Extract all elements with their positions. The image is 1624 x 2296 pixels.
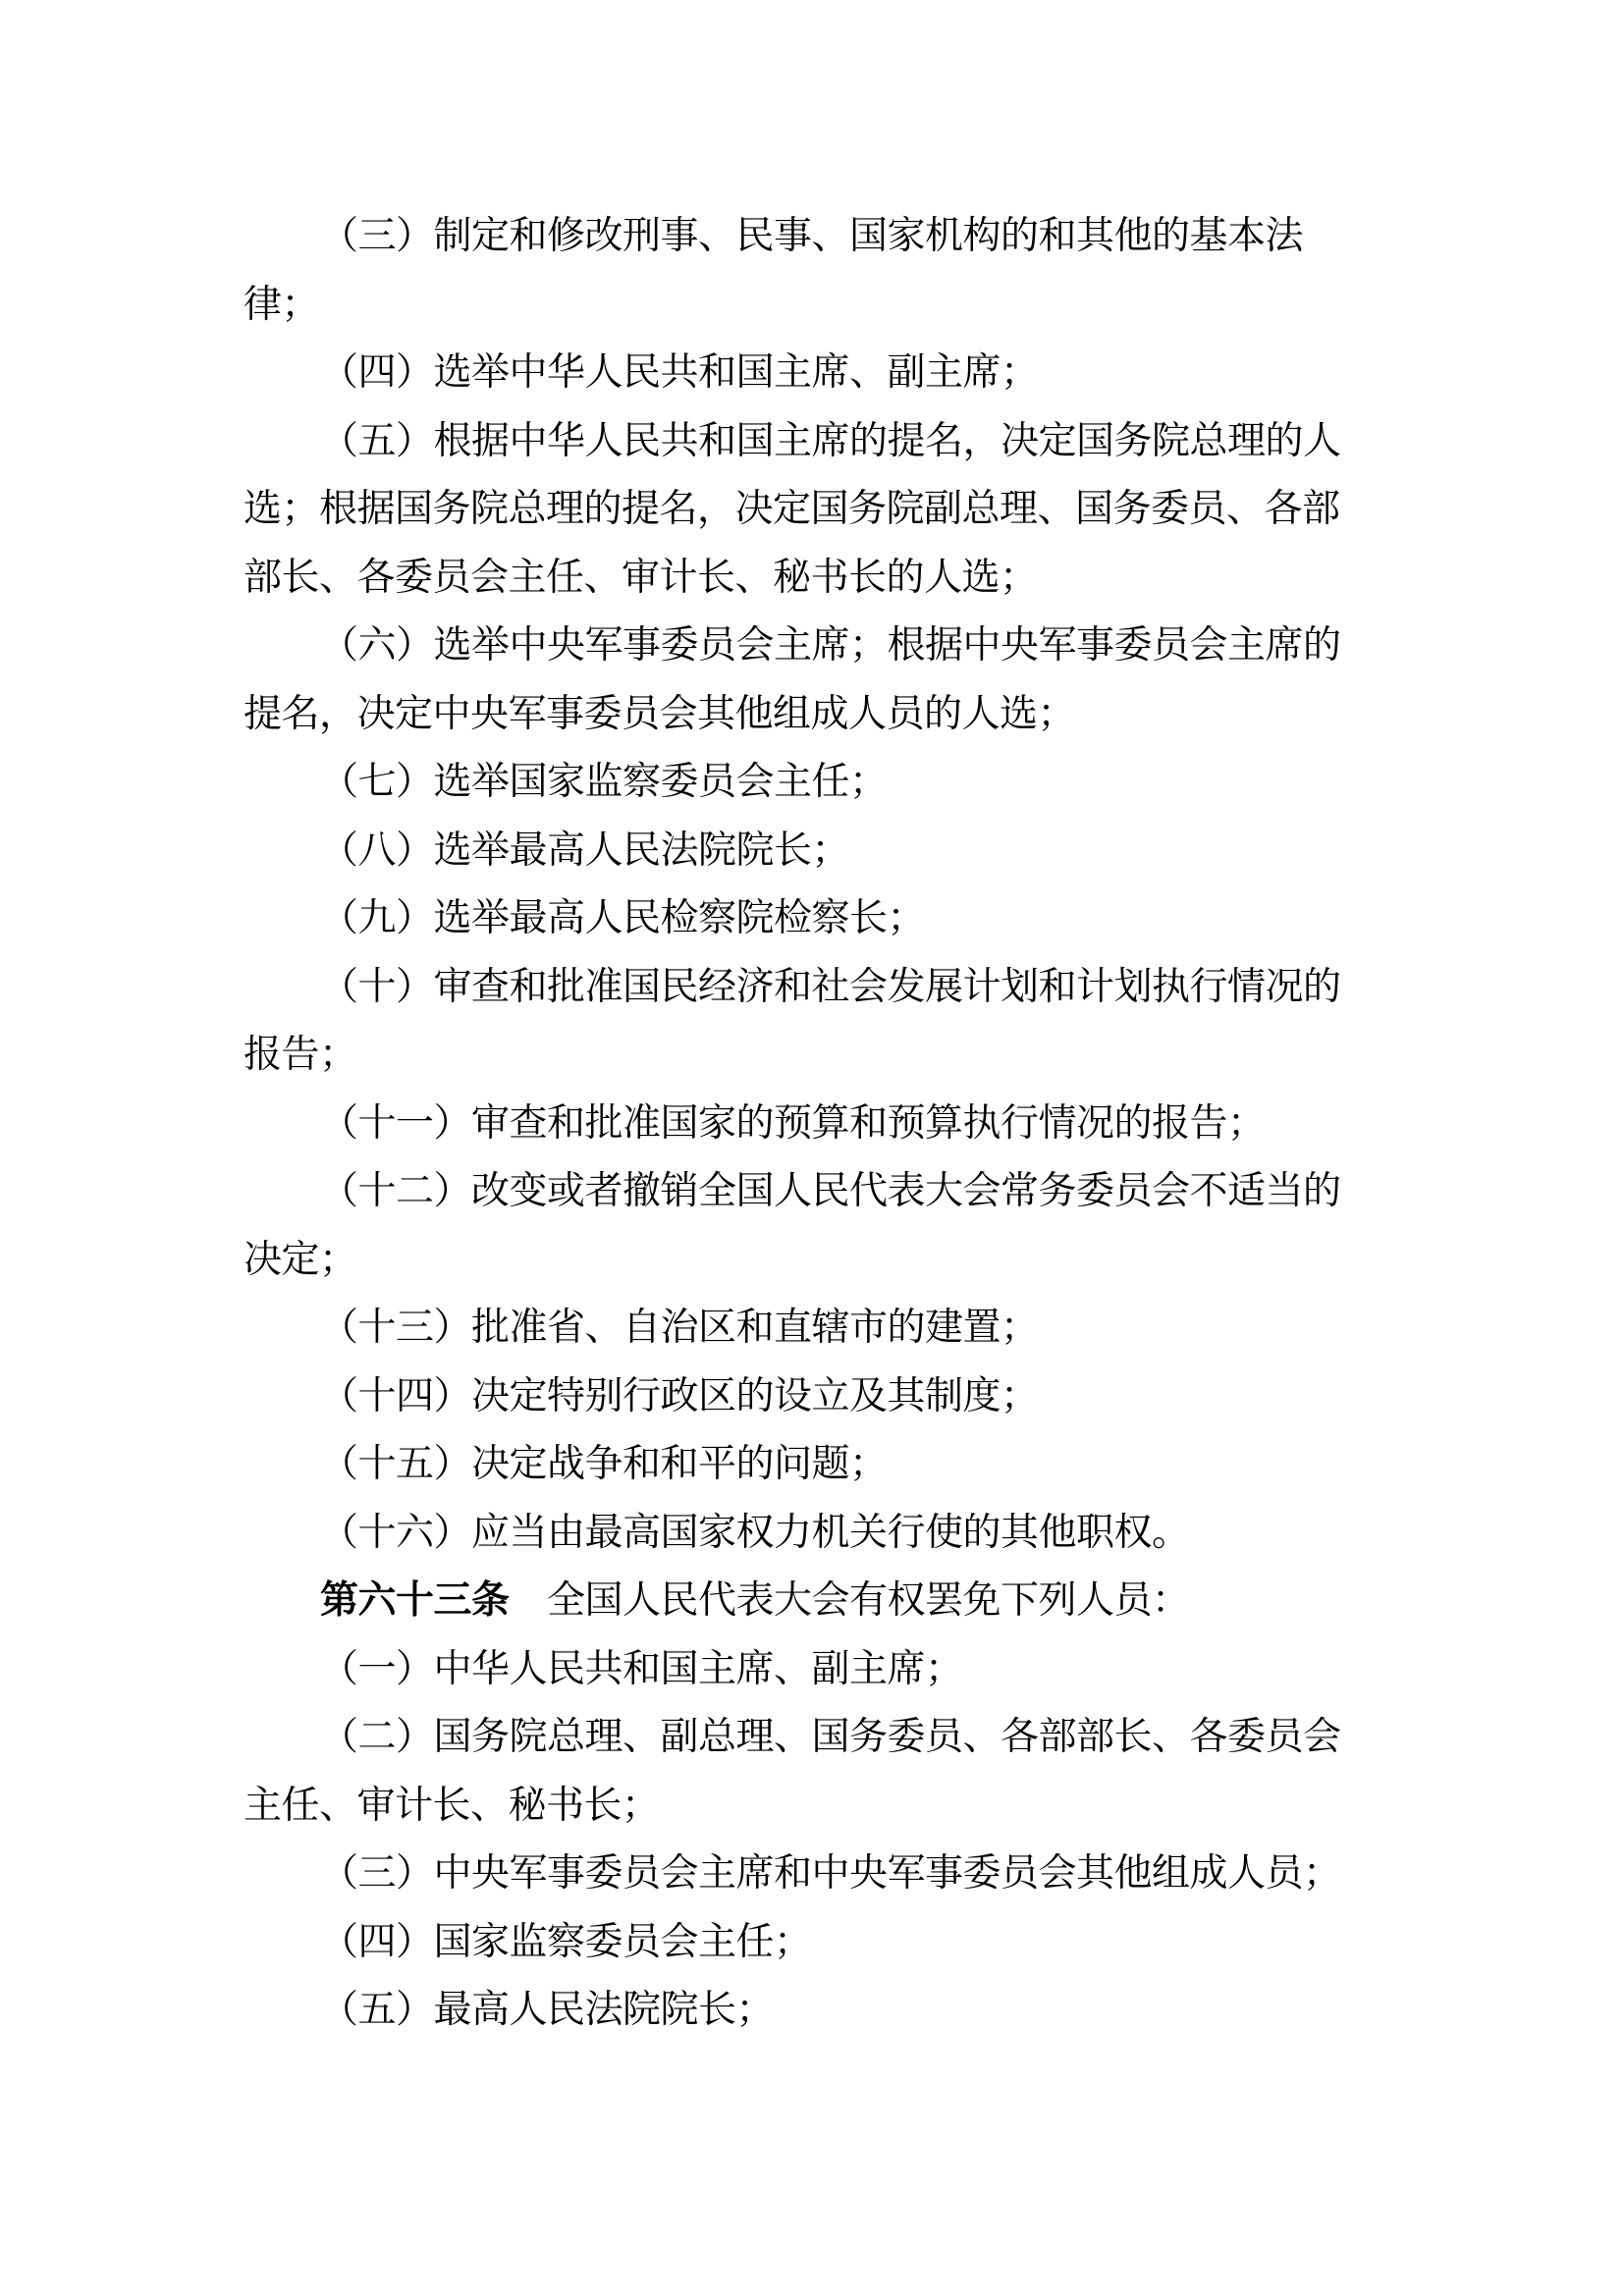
text-line: （十三）批准省、自治区和直辖市的建置； [244, 1294, 1432, 1362]
text-line: （七）选举国家监察委员会主任； [244, 748, 1432, 817]
article-number: 第六十三条 [320, 1579, 510, 1622]
text-line: （六）选举中央军事委员会主席；根据中央军事委员会主席的 [244, 612, 1432, 680]
text-line: （五）根据中华人民共和国主席的提名，决定国务院总理的人 [244, 407, 1432, 476]
text-line: （五）最高人民法院院长； [244, 1976, 1432, 2045]
text-line: （四）选举中华人民共和国主席、副主席； [244, 339, 1432, 407]
text-line: （八）选举最高人民法院院长； [244, 817, 1432, 885]
text-line: （二）国务院总理、副总理、国务委员、各部部长、各委员会 [244, 1703, 1432, 1772]
text-line: （十四）决定特别行政区的设立及其制度； [244, 1362, 1432, 1431]
text-line: （三）中央军事委员会主席和中央军事委员会其他组成人员； [244, 1840, 1432, 1908]
text-line: （四）国家监察委员会主任； [244, 1908, 1432, 1977]
text-line: （三）制定和修改刑事、民事、国家机构的和其他的基本法 [244, 202, 1432, 271]
text-line: （十二）改变或者撤销全国人民代表大会常务委员会不适当的 [244, 1157, 1432, 1226]
text-line: （十六）应当由最高国家权力机关行使的其他职权。 [244, 1499, 1432, 1568]
text-line: 决定； [244, 1226, 1432, 1295]
text-line: 提名，决定中央军事委员会其他组成人员的人选； [244, 680, 1432, 749]
text-line: （九）选举最高人民检察院检察长； [244, 884, 1432, 953]
text-line: 律； [244, 271, 1432, 340]
article-title-text: 全国人民代表大会有权罢免下列人员： [510, 1579, 1190, 1622]
text-line: （十五）决定战争和和平的问题； [244, 1430, 1432, 1499]
text-line: （一）中华人民共和国主席、副主席； [244, 1635, 1432, 1704]
text-line: 部长、各委员会主任、审计长、秘书长的人选； [244, 544, 1432, 613]
text-line: 第六十三条 全国人民代表大会有权罢免下列人员： [244, 1567, 1432, 1635]
document-body: （三）制定和修改刑事、民事、国家机构的和其他的基本法律；（四）选举中华人民共和国… [244, 202, 1432, 2045]
text-line: （十一）审查和批准国家的预算和预算执行情况的报告； [244, 1090, 1432, 1158]
text-line: （十）审查和批准国民经济和社会发展计划和计划执行情况的 [244, 953, 1432, 1022]
text-line: 报告； [244, 1021, 1432, 1090]
text-line: 选；根据国务院总理的提名，决定国务院副总理、国务委员、各部 [244, 475, 1432, 544]
text-line: 主任、审计长、秘书长； [244, 1772, 1432, 1841]
document-page: （三）制定和修改刑事、民事、国家机构的和其他的基本法律；（四）选举中华人民共和国… [0, 0, 1624, 2296]
